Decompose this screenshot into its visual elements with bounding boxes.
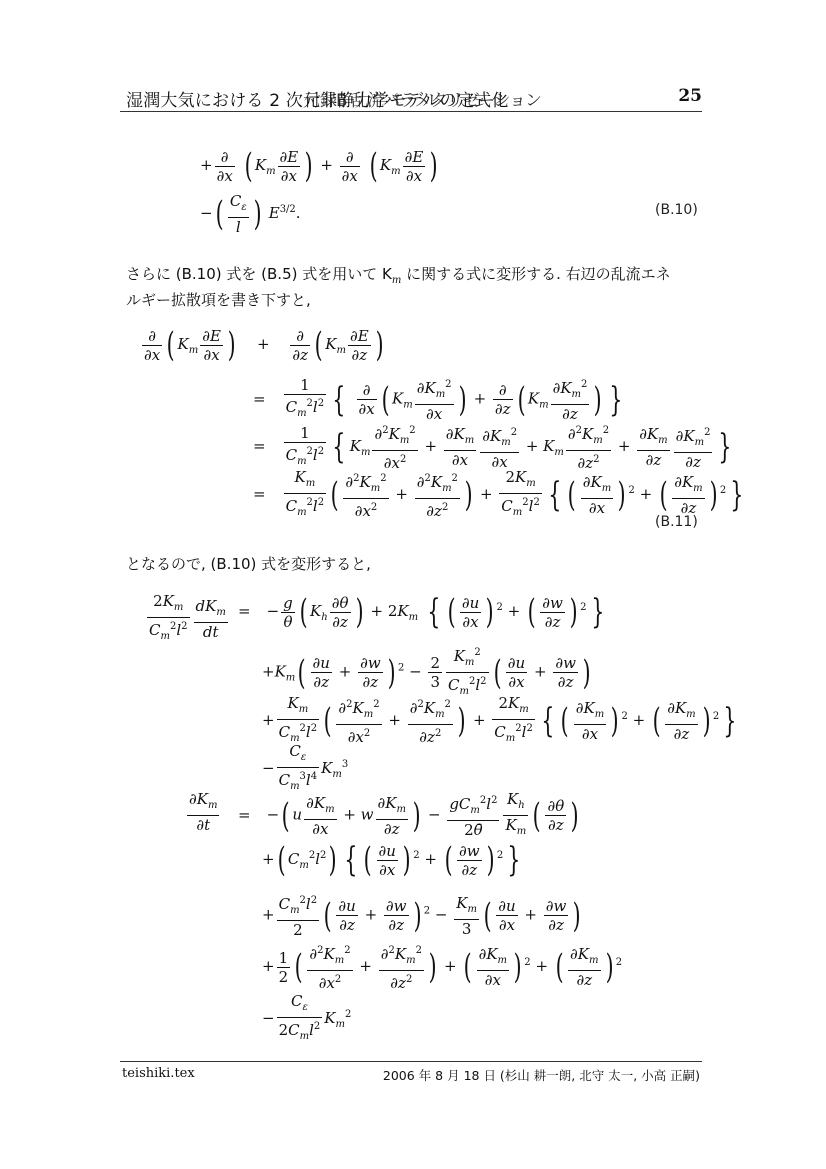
eq4-lhs: ∂Km∂t [185,790,221,834]
eq-b11-line2: =1Cm2l2{ ∂∂x(Km∂Km2∂x) + ∂∂z(Km∂Km2∂z)} [253,376,626,423]
eq4-line4: +12(∂2Km2∂x2 + ∂2Km2∂z2) + (∂Km∂x)2 + (∂… [262,942,622,992]
eq3-line1: =−gθ(Kh∂θ∂z) + 2Km {(∂u∂x)2 + (∂w∂z)2} [238,592,608,632]
eq4-line1: =−(u∂Km∂x + w∂Km∂z) − gCm2l22θ̄KhKm(∂θ∂z… [238,790,582,841]
eq3-line3: +KmCm2l2(∂2Km2∂x2 + ∂2Km2∂z2) + 2KmCm2l2… [262,694,741,748]
equation-label-b11: (B.11) [655,514,698,530]
eq4-line2: +(Cm2l2){(∂u∂x)2 + (∂w∂z)2} [262,840,525,880]
eq-b10-line1: +∂∂x (Km∂E∂x) + ∂∂x (Km∂E∂x) [200,146,441,186]
eq4-line3: +Cm2l22(∂u∂z + ∂w∂z)2 − Km3(∂u∂x + ∂w∂z) [262,892,584,939]
eq3-lhs: 2KmCm2l2dKmdt [145,592,230,646]
footer-filename: teishiki.tex [122,1066,195,1081]
eq3-line2: +Km(∂u∂z + ∂w∂z)2 − 23Km2Cm2l2(∂u∂x + ∂w… [262,644,593,701]
paragraph-1-line-2: ルギー拡散項を書き下すと, [126,289,311,310]
para1-text-a: さらに (B.10) 式を (B.5) 式を用いて K [126,265,392,283]
eq-b11-lhs: ∂∂x(Km∂E∂x) + ∂∂z(Km∂E∂z) [140,325,386,365]
header-rule [120,111,702,112]
paragraph-2: となるので, (B.10) 式を変形すると, [126,553,371,574]
para1-sub: m [392,275,401,286]
para1-text-b: に関する式に変形する. 右辺の乱流エネ [401,265,670,283]
footer-rule [120,1061,702,1062]
page-number: 25 [678,86,702,106]
equation-label-b10: (B.10) [655,202,698,218]
eq3-line4: −CεCm3l4Km3 [262,742,348,796]
footer-date-authors: 2006 年 8 月 18 日 (杉山 耕一朗, 北守 太一, 小高 正嗣) [383,1066,700,1084]
overprint-title: 付録B 乱流パラメタリゼーション [304,86,541,111]
eq-b10-line2: −(Cεl) E3/2. [200,192,301,236]
paragraph-1-line-1: さらに (B.10) 式を (B.5) 式を用いて Km に関する式に変形する.… [126,263,671,286]
running-header: 湿潤大気における 2 次元非静力学モデルの定式化 付録B 乱流パラメタリゼーショ… [126,86,702,110]
eq4-line5: −Cε2Cml2Km2 [262,992,351,1046]
eq-b11-line3: =1Cm2l2{Km∂2Km2∂x2 + ∂Km∂x∂Km2∂x + Km∂2K… [253,422,736,472]
